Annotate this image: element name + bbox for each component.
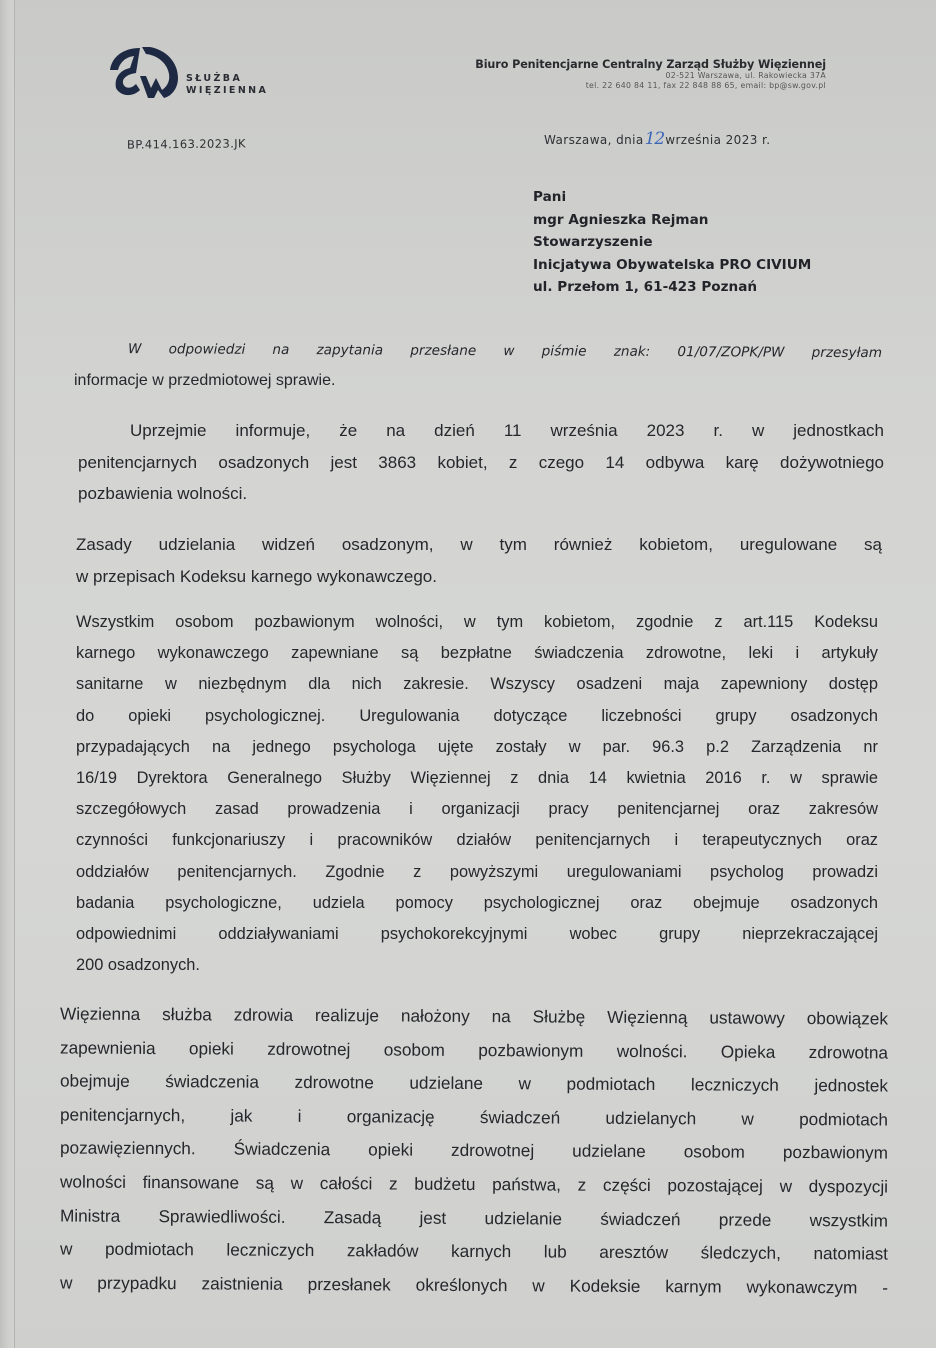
- date-prefix: Warszawa, dnia: [544, 133, 644, 147]
- letterhead-organization: Biuro Penitencjarne Centralny Zarząd Słu…: [475, 58, 826, 91]
- logo-text-line2: WIĘZIENNA: [186, 85, 268, 97]
- paragraph-line: przypadających na jednego psychologa uję…: [76, 732, 878, 763]
- reference-number: BP.414.163.2023.JK: [127, 136, 246, 151]
- paragraph-line: Uprzejmie informuje, że na dzień 11 wrze…: [78, 415, 884, 447]
- page-fold-edge: [0, 0, 15, 1348]
- paragraph-line: w podmiotach leczniczych zakładów karnyc…: [60, 1233, 888, 1272]
- recipient-line: ul. Przełom 1, 61-423 Poznań: [533, 276, 811, 299]
- organization-address: 02-521 Warszawa, ul. Rakowiecka 37A: [475, 71, 826, 81]
- paragraph-line: odpowiednimi oddziaływaniami psychokorek…: [76, 919, 878, 950]
- recipient-address: Pani mgr Agnieszka Rejman Stowarzyszenie…: [533, 186, 811, 299]
- paragraph-line: 16/19 Dyrektora Generalnego Służby Więzi…: [76, 763, 878, 794]
- recipient-line: Stowarzyszenie: [533, 231, 811, 254]
- handwritten-day: 12: [645, 129, 665, 149]
- paragraph-line: penitencjarnych osadzonych jest 3863 kob…: [78, 447, 884, 479]
- logo-text-line1: SŁUŻBA: [186, 73, 268, 85]
- body-paragraph-2: Uprzejmie informuje, że na dzień 11 wrze…: [78, 415, 884, 510]
- paragraph-line: sanitarne w niezbędnym dla nich zakresie…: [76, 669, 878, 700]
- paragraph-line: Wszystkim osobom pozbawionym wolności, w…: [76, 607, 878, 638]
- logo-wordmark: SŁUŻBA WIĘZIENNA: [186, 73, 268, 97]
- recipient-line: Pani: [533, 186, 811, 209]
- paragraph-line: penitencjarnych, jak i organizację świad…: [60, 1098, 888, 1137]
- letter-date: Warszawa, dnia12września 2023 r.: [544, 129, 770, 149]
- recipient-line: mgr Agnieszka Rejman: [533, 209, 811, 232]
- paragraph-line: W odpowiedzi na zapytania przesłane w pi…: [74, 334, 882, 368]
- paragraph-line: 200 osadzonych.: [76, 950, 878, 981]
- date-suffix: września 2023 r.: [665, 133, 770, 147]
- paragraph-line: zapewnienia opieki zdrowotnej osobom poz…: [60, 1031, 888, 1070]
- organization-contact: tel. 22 640 84 11, fax 22 848 88 65, ema…: [475, 81, 826, 91]
- paragraph-line: karnego wykonawczego zapewniane są bezpł…: [76, 638, 878, 669]
- paragraph-line: obejmuje świadczenia zdrowotne udzielane…: [60, 1065, 888, 1104]
- paragraph-line: pozawięziennych. Świadczenia opieki zdro…: [60, 1132, 888, 1171]
- paragraph-line: szczegółowych zasad prowadzenia i organi…: [76, 794, 878, 825]
- paragraph-line: wolności finansowane są w całości z budż…: [60, 1165, 888, 1204]
- body-paragraph-1: W odpowiedzi na zapytania przesłane w pi…: [74, 336, 882, 396]
- recipient-line: Inicjatywa Obywatelska PRO CIVIUM: [533, 254, 811, 277]
- sluzba-wiezienna-logo: SŁUŻBA WIĘZIENNA: [106, 44, 276, 100]
- organization-name: Biuro Penitencjarne Centralny Zarząd Słu…: [475, 58, 826, 71]
- paragraph-line: Więzienna służba zdrowia realizuje nałoż…: [60, 997, 888, 1036]
- paragraph-line: oddziałów penitencjarnych. Zgodnie z pow…: [76, 857, 878, 888]
- sw-emblem-icon: [106, 44, 182, 100]
- body-paragraph-5: Więzienna służba zdrowia realizuje nałoż…: [60, 1000, 888, 1302]
- body-paragraph-4: Wszystkim osobom pozbawionym wolności, w…: [76, 607, 878, 981]
- paragraph-line: czynności funkcjonariuszy i pracowników …: [76, 825, 878, 856]
- paragraph-line: Ministra Sprawiedliwości. Zasadą jest ud…: [60, 1199, 888, 1238]
- paragraph-line: badania psychologiczne, udziela pomocy p…: [76, 888, 878, 919]
- paragraph-line: w przypadku zaistnienia przesłanek okreś…: [60, 1266, 888, 1305]
- paragraph-line: informacje w przedmiotowej sprawie.: [74, 366, 882, 396]
- body-paragraph-3: Zasady udzielania widzeń osadzonym, w ty…: [76, 529, 882, 592]
- paragraph-line: pozbawienia wolności.: [78, 478, 884, 510]
- paragraph-line: w przepisach Kodeksu karnego wykonawczeg…: [76, 561, 882, 593]
- paragraph-line: Zasady udzielania widzeń osadzonym, w ty…: [76, 529, 882, 561]
- paragraph-line: do opieki psychologicznej. Uregulowania …: [76, 701, 878, 732]
